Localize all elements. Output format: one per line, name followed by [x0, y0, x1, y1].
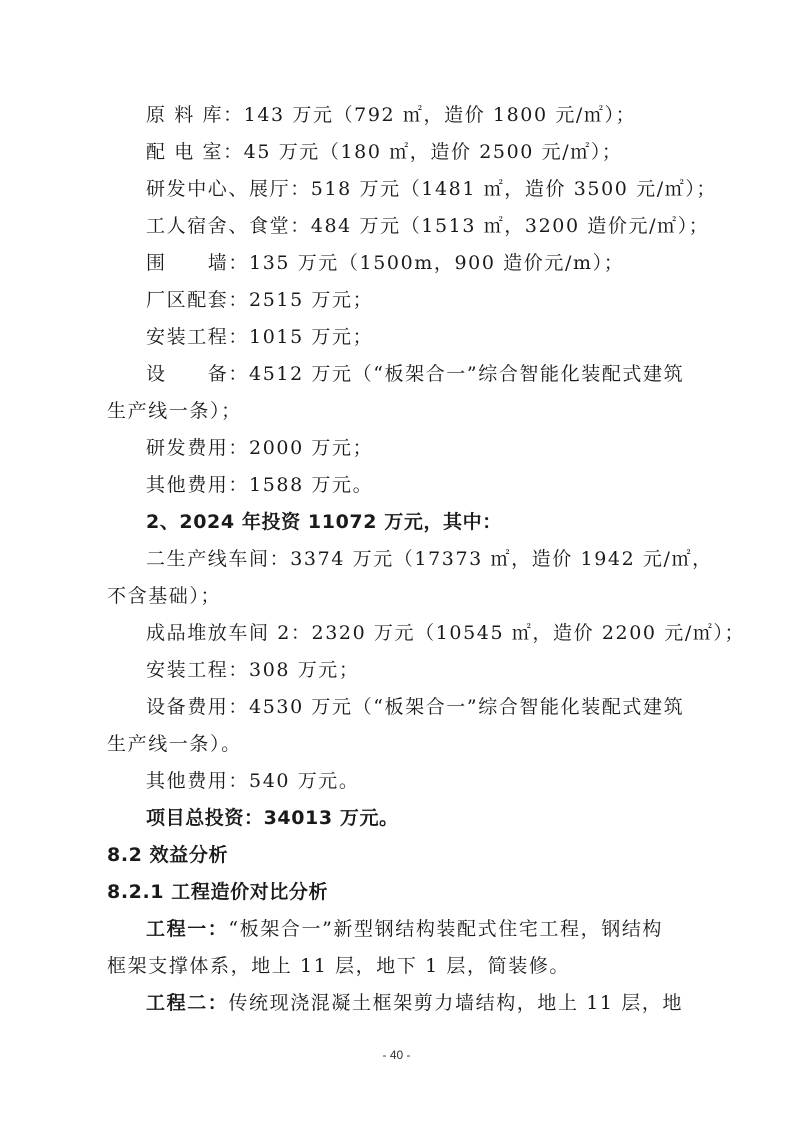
- text-line-power-room: 配 电 室：45 万元（180 ㎡，造价 2500 元/㎡）；: [146, 140, 736, 164]
- text-line-storage-workshop: 成品堆放车间 2：2320 万元（10545 ㎡，造价 2200 元/㎡）；: [146, 621, 736, 645]
- text-line-wall: 围 墙：135 万元（1500m，900 造价元/m）；: [146, 251, 736, 275]
- text-line-other-cost: 其他费用：1588 万元。: [146, 473, 736, 497]
- text-line-rd-cost: 研发费用：2000 万元；: [146, 436, 736, 460]
- project-one-text: “板架合一”新型钢结构装配式住宅工程，钢结构: [228, 918, 663, 940]
- total-investment: 项目总投资：34013 万元。: [146, 806, 736, 830]
- page-number: - 40 -: [0, 1048, 793, 1062]
- text-line-equipment-2024: 设备费用：4530 万元（“板架合一”综合智能化装配式建筑: [146, 695, 736, 719]
- text-line-dormitory: 工人宿舍、食堂：484 万元（1513 ㎡，3200 造价元/㎡）；: [146, 214, 736, 238]
- text-line-rd-center: 研发中心、展厅：518 万元（1481 ㎡，造价 3500 元/㎡）；: [146, 177, 736, 201]
- text-line-installation-2024: 安装工程：308 万元；: [146, 658, 736, 682]
- text-line-site-facilities: 厂区配套：2515 万元；: [146, 288, 736, 312]
- text-line-installation: 安装工程：1015 万元；: [146, 325, 736, 349]
- project-one-label: 工程一：: [146, 918, 228, 940]
- subheading-2024-investment: 2、2024 年投资 11072 万元，其中：: [146, 510, 736, 534]
- text-line-equipment: 设 备：4512 万元（“板架合一”综合智能化装配式建筑: [146, 362, 736, 386]
- project-two-label: 工程二：: [146, 992, 228, 1014]
- section-heading-8-2-1: 8.2.1 工程造价对比分析: [107, 880, 697, 904]
- project-two-text: 传统现浇混凝土框架剪力墙结构，地上 11 层，地: [228, 992, 683, 1014]
- project-one-paragraph-cont: 框架支撑体系，地上 11 层，地下 1 层，简装修。: [107, 954, 697, 978]
- project-one-paragraph: 工程一：“板架合一”新型钢结构装配式住宅工程，钢结构: [146, 917, 736, 941]
- section-heading-8-2: 8.2 效益分析: [107, 843, 697, 867]
- text-line-raw-material-warehouse: 原 料 库：143 万元（792 ㎡，造价 1800 元/㎡）；: [146, 103, 736, 127]
- document-page: 原 料 库：143 万元（792 ㎡，造价 1800 元/㎡）； 配 电 室：4…: [0, 0, 793, 1122]
- text-line-other-cost-2024: 其他费用：540 万元。: [146, 769, 736, 793]
- text-line-production-workshop: 二生产线车间：3374 万元（17373 ㎡，造价 1942 元/㎡，: [146, 547, 736, 571]
- project-two-paragraph: 工程二：传统现浇混凝土框架剪力墙结构，地上 11 层，地: [146, 991, 736, 1015]
- text-line-production-workshop-cont: 不含基础）；: [107, 584, 697, 608]
- text-line-equipment-2024-cont: 生产线一条）。: [107, 732, 697, 756]
- text-line-equipment-cont: 生产线一条）；: [107, 399, 697, 423]
